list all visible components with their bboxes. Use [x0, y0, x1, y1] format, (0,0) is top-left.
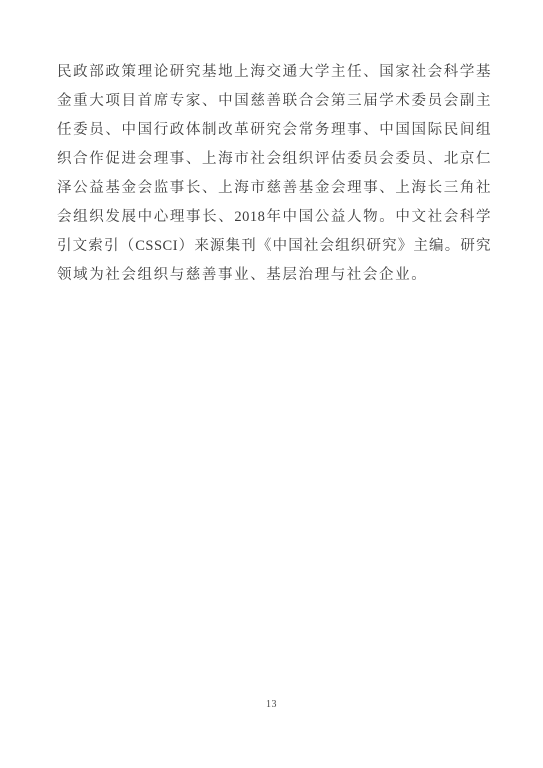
paragraph-line: 金重大项目首席专家、中国慈善联合会第三届学术委员会副主: [57, 87, 491, 116]
paragraph-line: 任委员、中国行政体制改革研究会常务理事、中国国际民间组: [57, 116, 491, 145]
paragraph-line: 会组织发展中心理事长、2018年中国公益人物。中文社会科学: [57, 203, 491, 232]
paragraph-line: 织合作促进会理事、上海市社会组织评估委员会委员、北京仁: [57, 145, 491, 174]
document-page: 民政部政策理论研究基地上海交通大学主任、国家社会科学基 金重大项目首席专家、中国…: [0, 0, 543, 768]
paragraph-line: 民政部政策理论研究基地上海交通大学主任、国家社会科学基: [57, 58, 491, 87]
paragraph-line: 领域为社会组织与慈善事业、基层治理与社会企业。: [57, 261, 491, 290]
body-paragraph: 民政部政策理论研究基地上海交通大学主任、国家社会科学基 金重大项目首席专家、中国…: [57, 58, 491, 290]
page-number: 13: [0, 699, 543, 710]
paragraph-line: 泽公益基金会监事长、上海市慈善基金会理事、上海长三角社: [57, 174, 491, 203]
paragraph-line: 引文索引（CSSCI）来源集刊《中国社会组织研究》主编。研究: [57, 232, 491, 261]
